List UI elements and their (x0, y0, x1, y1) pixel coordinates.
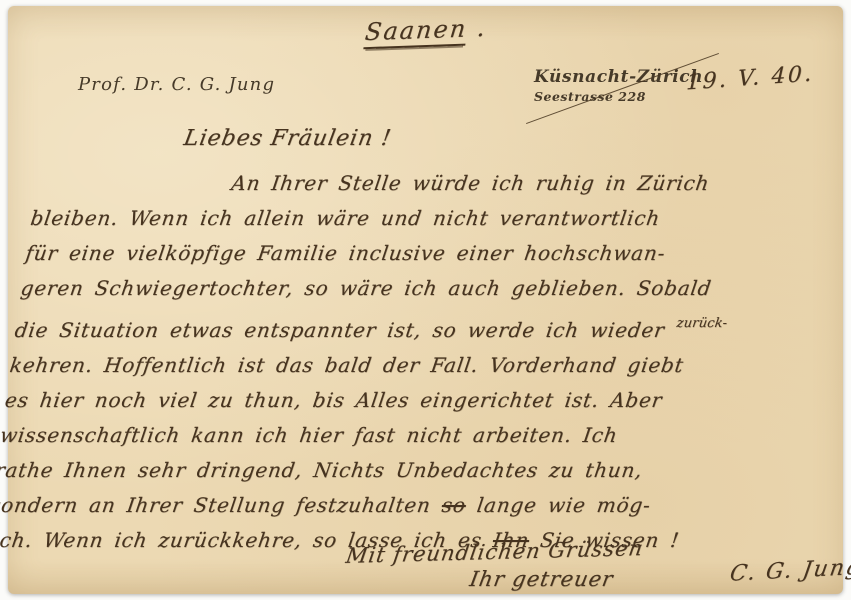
salutation: Liebes Fräulein ! (182, 126, 394, 151)
body-line: bleiben. Wenn ich allein wäre und nicht … (28, 201, 819, 236)
body-line: kehren. Hoffentlich ist das bald der Fal… (8, 348, 799, 383)
struck-word: so (440, 493, 467, 517)
body-line: es hier noch viel zu thun, bis Alles ein… (3, 383, 794, 418)
body-line: sondern an Ihrer Stellung festzuhalten s… (0, 488, 779, 523)
letter-date: 19. V. 40. (686, 61, 815, 95)
location-text: Saanen (363, 14, 468, 49)
letter-body: An Ihrer Stelle würde ich ruhig in Züric… (0, 166, 824, 558)
letter-page: Saanen. Prof. Dr. C. G. Jung Küsnacht-Zü… (8, 6, 843, 594)
sender-name: Prof. Dr. C. G. Jung (78, 74, 275, 95)
body-line: die Situation etwas entspannter ist, so … (12, 306, 804, 348)
body-line: rathe Ihnen sehr dringend, Nichts Unbeda… (0, 453, 784, 488)
body-line: wissenschaftlich kann ich hier fast nich… (0, 418, 789, 453)
scan-background: Saanen. Prof. Dr. C. G. Jung Küsnacht-Zü… (0, 0, 851, 600)
letter-location: Saanen. (363, 14, 488, 46)
closing-valediction: Ihr getreuer (468, 567, 616, 591)
body-line-text: die Situation etwas entspannter ist, so … (13, 318, 677, 342)
body-line: geren Schwiegertochter, so wäre ich auch… (18, 271, 809, 306)
signature: C. G. Jung. (728, 554, 851, 587)
letterhead-address: Küsnacht-Zürich Seestrasse 228 (534, 68, 703, 104)
address-street: Seestrasse 228 (534, 90, 703, 104)
address-city: Küsnacht-Zürich (534, 68, 703, 88)
body-line-text: sondern an Ihrer Stellung festzuhalten (0, 493, 444, 517)
body-line-text: lange wie mög- (464, 493, 652, 517)
body-line: für eine vielköpfige Familie inclusive e… (23, 236, 814, 271)
body-line: An Ihrer Stelle würde ich ruhig in Züric… (33, 166, 824, 201)
margin-squeezed-word: zurück- (676, 316, 729, 331)
location-period: . (475, 14, 488, 42)
